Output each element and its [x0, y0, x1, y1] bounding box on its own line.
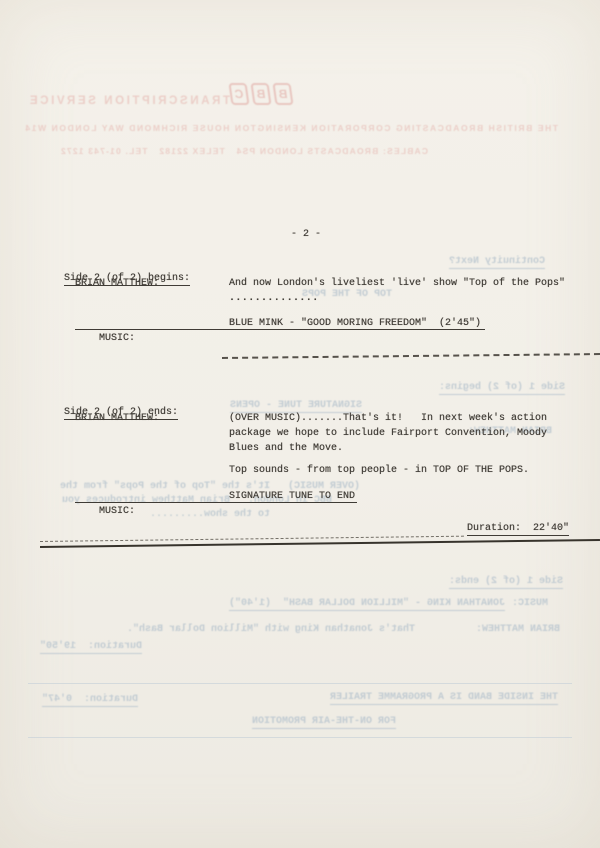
promo-line: Top sounds - from top people - in TOP OF… — [229, 463, 529, 478]
bleed-text: Side 1 (of 2) begins: — [439, 382, 565, 395]
bleed-text: Duration: 0'47" — [42, 694, 138, 707]
bleed-text: THE INSIDE BAND IS A PROGRAMME TRAILER — [330, 692, 558, 705]
bleed-rule — [28, 683, 572, 684]
page-number: - 2 - — [291, 227, 321, 242]
bbc-logo-letter: B — [250, 83, 271, 105]
bleed-text: JONATHAN KING - "MILLION DOLLAR BASH" (1… — [229, 598, 505, 611]
bleed-text: BRIAN MATTHEW: — [476, 624, 560, 635]
dots-line: .............. — [229, 291, 319, 306]
bleed-text: MUSIC: — [512, 598, 548, 609]
bleed-text: Duration: 19'50" — [40, 641, 142, 654]
bleed-rule — [28, 737, 572, 738]
letterhead-service-title: TRANSCRIPTION SERVICE — [27, 95, 230, 107]
music-value: BLUE MINK - "GOOD MORING FREEDOM" (2'45"… — [229, 316, 481, 331]
bleed-text: to the show......... — [150, 509, 270, 520]
music-row: MUSIC: BLUE MINK - "GOOD MORING FREEDOM"… — [75, 316, 485, 330]
speaker-paragraph: (OVER MUSIC).......That's it! In next we… — [229, 411, 561, 456]
bbc-logo-letter: C — [228, 83, 249, 105]
bleed-text: Continuity Next? — [449, 256, 545, 269]
music-row: MUSIC: SIGNATURE TUNE TO END — [75, 489, 357, 503]
speaker-line: And now London's liveliest 'live' show "… — [229, 276, 565, 291]
bleed-text: FOR ON-THE-AIR PROMOTION — [252, 716, 396, 729]
music-label: MUSIC: — [99, 506, 135, 517]
letterhead-cables-line: CABLES: BROADCASTS LONDON PS4 TELEX 2218… — [60, 146, 428, 156]
speaker-label: BRIAN MATTHEW: — [75, 411, 159, 426]
bbc-logo: B B C — [230, 83, 292, 105]
duration-text: Duration: 22'40" — [467, 523, 569, 536]
dashed-separator — [222, 353, 600, 359]
speaker-label: BRIAN MATTHEW: — [75, 276, 159, 291]
music-label: MUSIC: — [99, 333, 135, 344]
bleed-text: That's Jonathan King with "Million Dolla… — [127, 624, 415, 635]
bleed-text: Side 1 (of 2) ends: — [449, 576, 563, 589]
scanned-script-page: B B C TRANSCRIPTION SERVICE THE BRITISH … — [0, 0, 600, 848]
bbc-logo-letter: B — [272, 83, 293, 105]
letterhead-address-line: THE BRITISH BROADCASTING CORPORATION KEN… — [24, 123, 558, 133]
music-value: SIGNATURE TUNE TO END — [229, 489, 355, 504]
duration-line: Duration: 22'40" — [443, 506, 569, 551]
